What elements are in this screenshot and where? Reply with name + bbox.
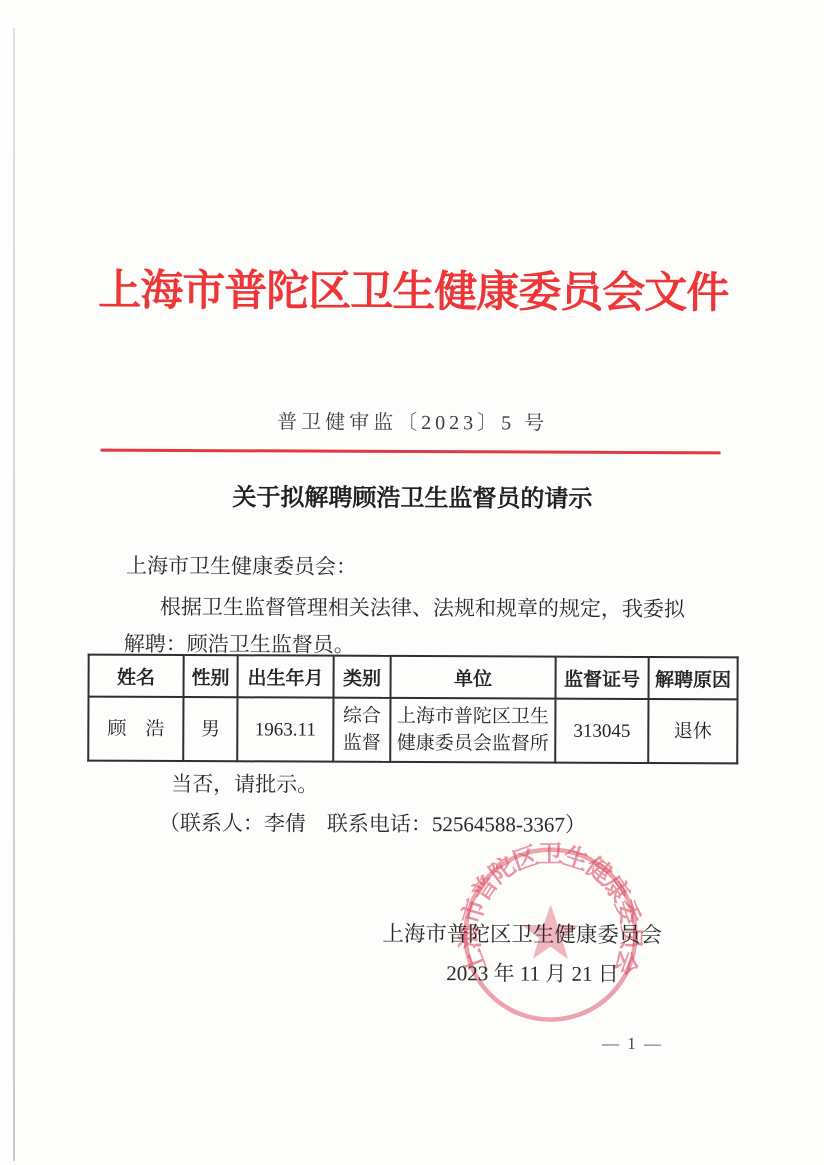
doc-header-title: 上海市普陀区卫生健康委员会文件	[1, 256, 824, 321]
red-divider-rule	[101, 449, 721, 455]
document-content: 上海市普陀区卫生健康委员会文件 普卫健审监〔2023〕5 号 关于拟解聘顾浩卫生…	[0, 0, 824, 1165]
document-page: 上海市普陀区卫生健康委员会文件 普卫健审监〔2023〕5 号 关于拟解聘顾浩卫生…	[0, 0, 824, 1165]
header-gender: 性别	[183, 655, 237, 697]
header-unit: 单位	[390, 656, 555, 699]
header-cert-number: 监督证号	[555, 657, 648, 699]
page-number: — 1 —	[602, 1034, 663, 1054]
cell-unit: 上海市普陀区卫生健康委员会监督所	[390, 698, 555, 763]
header-name: 姓名	[88, 655, 183, 697]
table-header-row: 姓名 性别 出生年月 类别 单位 监督证号 解聘原因	[88, 655, 737, 700]
header-dismissal-reason: 解聘原因	[648, 657, 737, 699]
cell-gender: 男	[183, 697, 237, 761]
cell-birth-date: 1963.11	[237, 697, 333, 761]
header-category: 类别	[333, 656, 390, 698]
header-birth-date: 出生年月	[237, 655, 333, 697]
approval-request-line: 当否，请批示。	[171, 768, 318, 799]
cell-cert-number: 313045	[555, 699, 648, 763]
cell-dismissal-reason: 退休	[648, 699, 737, 763]
signature-organization: 上海市普陀区卫生健康委员会	[382, 917, 662, 949]
doc-title: 关于拟解聘顾浩卫生监督员的请示	[0, 476, 824, 515]
salutation-line: 上海市卫生健康委员会：	[126, 550, 357, 581]
personnel-table: 姓名 性别 出生年月 类别 单位 监督证号 解聘原因 顾 浩 男 1963.11…	[87, 654, 738, 765]
cell-name: 顾 浩	[88, 697, 183, 761]
body-paragraph-line-1: 根据卫生监督管理相关法律、法规和规章的规定，我委拟	[160, 591, 685, 623]
doc-number: 普卫健审监〔2023〕5 号	[1, 404, 824, 437]
table-row: 顾 浩 男 1963.11 综合监督 上海市普陀区卫生健康委员会监督所 3130…	[88, 697, 737, 764]
cell-category: 综合监督	[333, 698, 390, 762]
signature-date: 2023 年 11 月 21 日	[446, 957, 619, 988]
